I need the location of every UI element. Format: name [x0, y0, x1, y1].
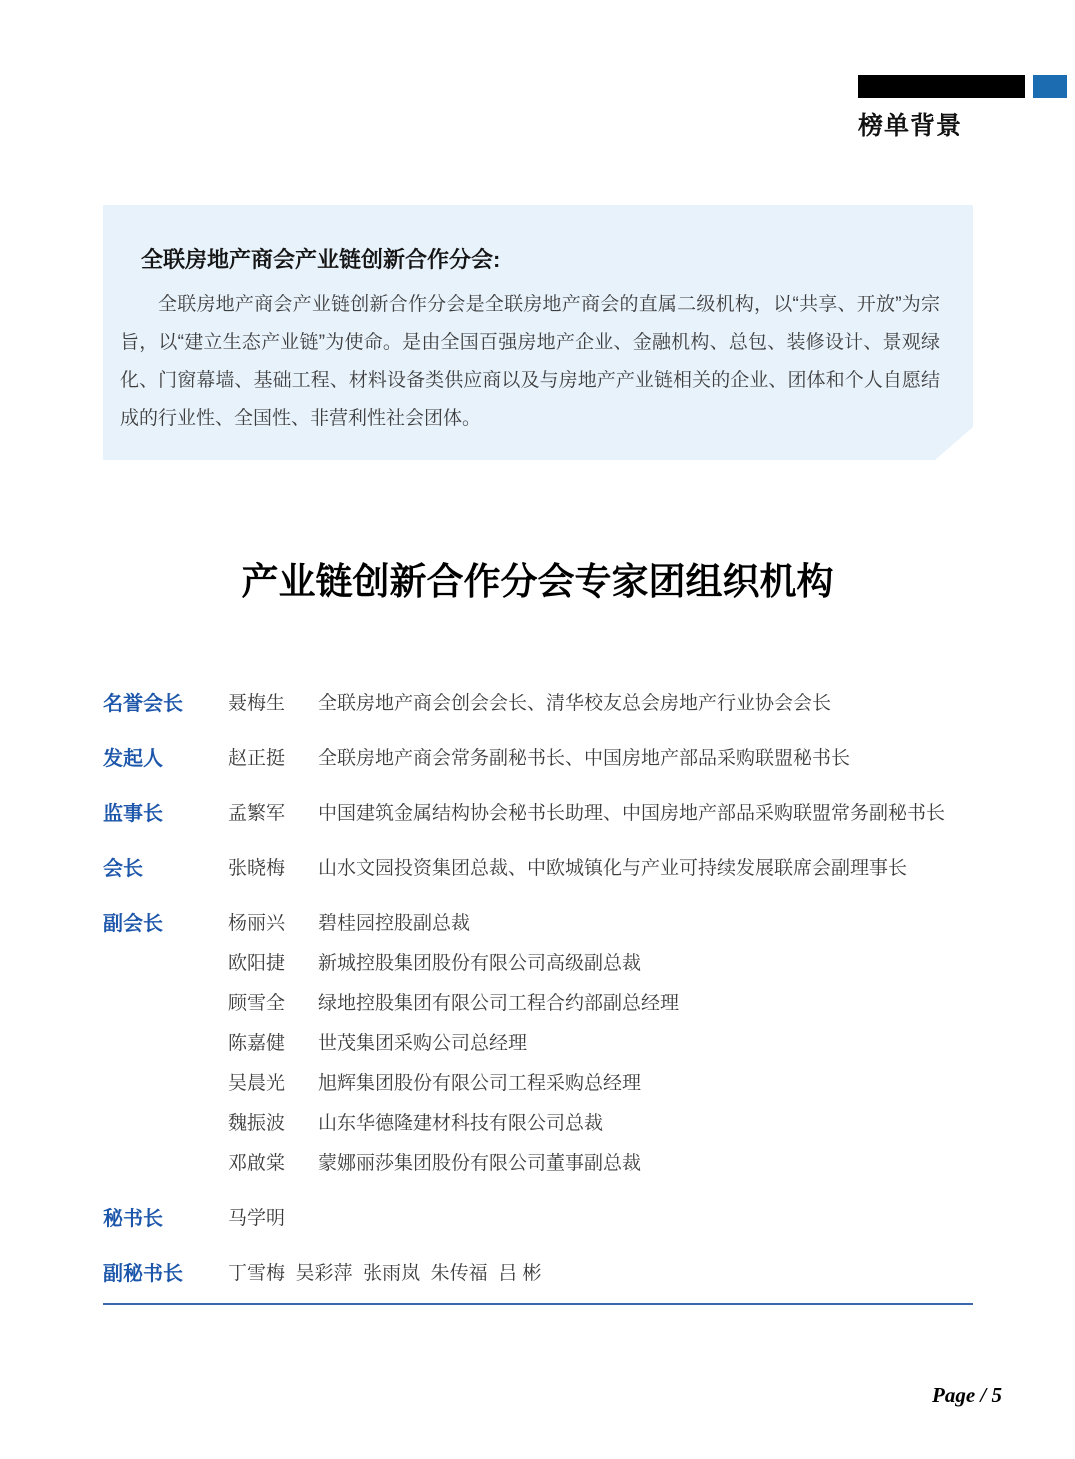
person-name: 张晓梅: [228, 857, 318, 881]
person-name: 魏振波: [228, 1112, 318, 1136]
org-row: 名誉会长 聂梅生全联房地产商会创会会长、清华校友总会房地产行业协会会长: [103, 692, 983, 716]
person-name: 孟繁军: [228, 802, 318, 826]
header-blue-bar: [1033, 75, 1067, 98]
person-name: 欧阳捷: [228, 952, 318, 976]
org-entry: 孟繁军中国建筑金属结构协会秘书长助理、中国房地产部品采购联盟常务副秘书长: [228, 802, 983, 826]
row-entries: 张晓梅山水文园投资集团总裁、中欧城镇化与产业可持续发展联席会副理事长: [228, 857, 983, 881]
org-row: 会长 张晓梅山水文园投资集团总裁、中欧城镇化与产业可持续发展联席会副理事长: [103, 857, 983, 881]
row-entries: 杨丽兴碧桂园控股副总裁欧阳捷新城控股集团股份有限公司高级副总裁顾雪全绿地控股集团…: [228, 912, 983, 1176]
person-title: 中国建筑金属结构协会秘书长助理、中国房地产部品采购联盟常务副秘书长: [318, 802, 945, 826]
page-number: Page / 5: [932, 1383, 1002, 1408]
person-name: 赵正挺: [228, 747, 318, 771]
org-entry: 张晓梅山水文园投资集团总裁、中欧城镇化与产业可持续发展联席会副理事长: [228, 857, 983, 881]
person-title: 全联房地产商会创会会长、清华校友总会房地产行业协会会长: [318, 692, 831, 716]
row-entries: 马学明: [228, 1207, 983, 1231]
person-title: 旭辉集团股份有限公司工程采购总经理: [318, 1072, 641, 1096]
info-box-body: 全联房地产商会产业链创新合作分会是全联房地产商会的直属二级机构，以“共享、开放”…: [120, 286, 940, 438]
info-box-title: 全联房地产商会产业链创新合作分会:: [141, 243, 940, 274]
org-entry: 邓啟棠蒙娜丽莎集团股份有限公司董事副总裁: [228, 1152, 983, 1176]
person-title: 绿地控股集团有限公司工程合约部副总经理: [318, 992, 679, 1016]
person-name: 顾雪全: [228, 992, 318, 1016]
person-name: 丁雪梅 吴彩萍 张雨岚 朱传福 吕 彬: [228, 1262, 542, 1286]
person-name: 陈嘉健: [228, 1032, 318, 1056]
info-box: 全联房地产商会产业链创新合作分会: 全联房地产商会产业链创新合作分会是全联房地产…: [103, 205, 973, 460]
org-entry: 欧阳捷新城控股集团股份有限公司高级副总裁: [228, 952, 983, 976]
org-entry: 陈嘉健世茂集团采购公司总经理: [228, 1032, 983, 1056]
org-entry: 顾雪全绿地控股集团有限公司工程合约部副总经理: [228, 992, 983, 1016]
org-row: 副秘书长 丁雪梅 吴彩萍 张雨岚 朱传福 吕 彬: [103, 1262, 983, 1286]
org-row: 副会长 杨丽兴碧桂园控股副总裁欧阳捷新城控股集团股份有限公司高级副总裁顾雪全绿地…: [103, 912, 983, 1176]
row-entries: 孟繁军中国建筑金属结构协会秘书长助理、中国房地产部品采购联盟常务副秘书长: [228, 802, 983, 826]
footer-divider: [103, 1303, 973, 1305]
role-label: 会长: [103, 857, 228, 881]
person-name: 聂梅生: [228, 692, 318, 716]
person-title: 山水文园投资集团总裁、中欧城镇化与产业可持续发展联席会副理事长: [318, 857, 907, 881]
org-entry: 赵正挺全联房地产商会常务副秘书长、中国房地产部品采购联盟秘书长: [228, 747, 983, 771]
role-label: 名誉会长: [103, 692, 228, 716]
org-entry: 杨丽兴碧桂园控股副总裁: [228, 912, 983, 936]
document-page: 榜单背景 全联房地产商会产业链创新合作分会: 全联房地产商会产业链创新合作分会是…: [0, 0, 1075, 1459]
role-label: 副秘书长: [103, 1262, 228, 1286]
person-title: 蒙娜丽莎集团股份有限公司董事副总裁: [318, 1152, 641, 1176]
role-label: 发起人: [103, 747, 228, 771]
role-label: 监事长: [103, 802, 228, 826]
row-entries: 丁雪梅 吴彩萍 张雨岚 朱传福 吕 彬: [228, 1262, 983, 1286]
org-entry: 马学明: [228, 1207, 983, 1231]
person-name: 邓啟棠: [228, 1152, 318, 1176]
org-row: 秘书长 马学明: [103, 1207, 983, 1231]
org-row: 监事长 孟繁军中国建筑金属结构协会秘书长助理、中国房地产部品采购联盟常务副秘书长: [103, 802, 983, 826]
role-label: 副会长: [103, 912, 228, 936]
person-title: 碧桂园控股副总裁: [318, 912, 470, 936]
org-entry: 魏振波山东华德隆建材科技有限公司总裁: [228, 1112, 983, 1136]
org-entry: 吴晨光旭辉集团股份有限公司工程采购总经理: [228, 1072, 983, 1096]
person-title: 新城控股集团股份有限公司高级副总裁: [318, 952, 641, 976]
role-label: 秘书长: [103, 1207, 228, 1231]
header-section-tag: 榜单背景: [858, 106, 962, 142]
org-rows: 名誉会长 聂梅生全联房地产商会创会会长、清华校友总会房地产行业协会会长 发起人 …: [103, 692, 983, 1317]
person-title: 全联房地产商会常务副秘书长、中国房地产部品采购联盟秘书长: [318, 747, 850, 771]
person-title: 山东华德隆建材科技有限公司总裁: [318, 1112, 603, 1136]
person-name: 马学明: [228, 1207, 318, 1231]
row-entries: 赵正挺全联房地产商会常务副秘书长、中国房地产部品采购联盟秘书长: [228, 747, 983, 771]
org-entry: 聂梅生全联房地产商会创会会长、清华校友总会房地产行业协会会长: [228, 692, 983, 716]
org-row: 发起人 赵正挺全联房地产商会常务副秘书长、中国房地产部品采购联盟秘书长: [103, 747, 983, 771]
section-title: 产业链创新合作分会专家团组织机构: [0, 551, 1075, 605]
header-black-bar: [858, 75, 1025, 98]
row-entries: 聂梅生全联房地产商会创会会长、清华校友总会房地产行业协会会长: [228, 692, 983, 716]
org-entry: 丁雪梅 吴彩萍 张雨岚 朱传福 吕 彬: [228, 1262, 983, 1286]
person-name: 杨丽兴: [228, 912, 318, 936]
person-title: 世茂集团采购公司总经理: [318, 1032, 527, 1056]
person-name: 吴晨光: [228, 1072, 318, 1096]
